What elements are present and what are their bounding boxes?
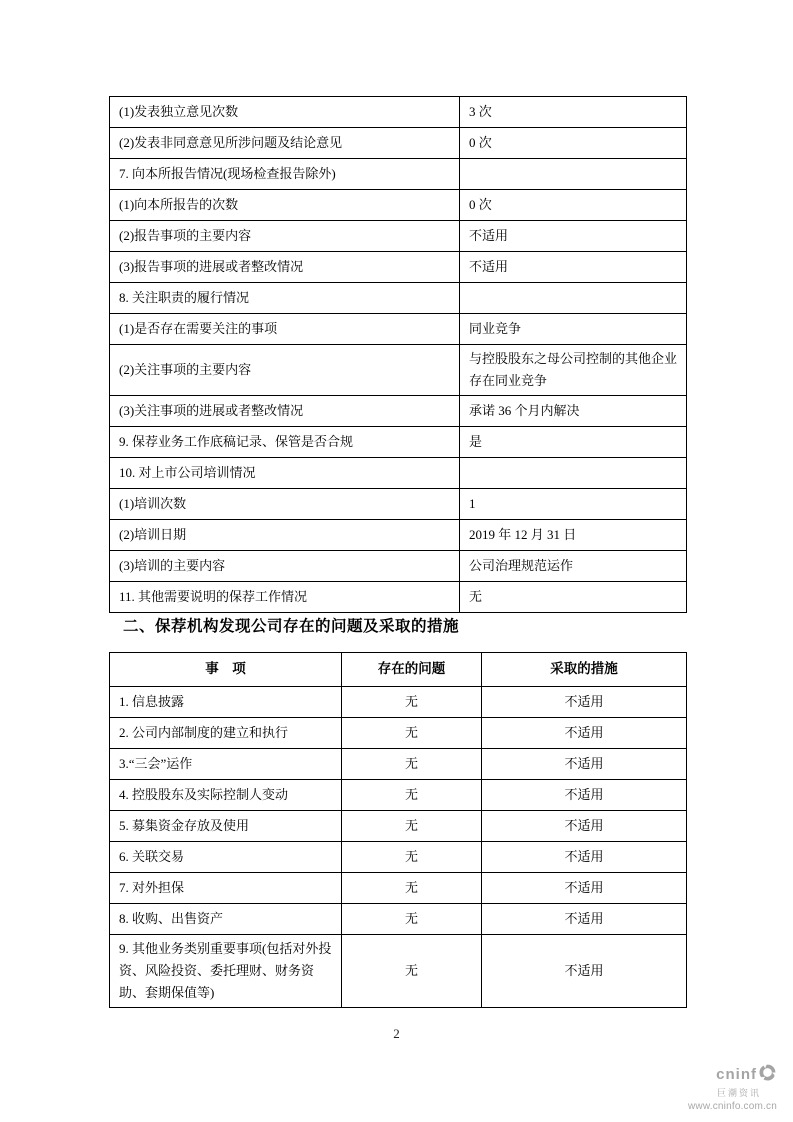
column-header-item: 事 项 — [110, 653, 342, 687]
row-problem: 无 — [342, 780, 482, 811]
page-number: 2 — [0, 1026, 793, 1042]
cninfo-brand-cn: 巨潮资讯 — [688, 1088, 761, 1098]
table-row: (3)报告事项的进展或者整改情况 不适用 — [110, 252, 687, 283]
row-value — [460, 458, 687, 489]
row-problem: 无 — [342, 811, 482, 842]
row-label: 7. 向本所报告情况(现场检查报告除外) — [110, 159, 460, 190]
row-label: 9. 保荐业务工作底稿记录、保管是否合规 — [110, 427, 460, 458]
table-row: (1)是否存在需要关注的事项 同业竞争 — [110, 314, 687, 345]
row-measure: 不适用 — [482, 749, 687, 780]
row-measure: 不适用 — [482, 718, 687, 749]
row-label: 11. 其他需要说明的保荐工作情况 — [110, 582, 460, 613]
row-problem: 无 — [342, 935, 482, 1008]
table-row: (1)发表独立意见次数 3 次 — [110, 97, 687, 128]
row-problem: 无 — [342, 718, 482, 749]
table-row: (1)培训次数 1 — [110, 489, 687, 520]
row-value: 不适用 — [460, 252, 687, 283]
row-measure: 不适用 — [482, 687, 687, 718]
row-problem: 无 — [342, 904, 482, 935]
row-value: 0 次 — [460, 128, 687, 159]
cninfo-swirl-icon — [758, 1063, 777, 1087]
row-item: 1. 信息披露 — [110, 687, 342, 718]
row-label: (2)发表非同意意见所涉问题及结论意见 — [110, 128, 460, 159]
table-row: (3)关注事项的进展或者整改情况 承诺 36 个月内解决 — [110, 396, 687, 427]
row-item: 4. 控股股东及实际控制人变动 — [110, 780, 342, 811]
table-row: 1. 信息披露 无 不适用 — [110, 687, 687, 718]
document-page: (1)发表独立意见次数 3 次 (2)发表非同意意见所涉问题及结论意见 0 次 … — [0, 0, 793, 1122]
row-value: 无 — [460, 582, 687, 613]
issues-measures-table: 事 项 存在的问题 采取的措施 1. 信息披露 无 不适用 2. 公司内部制度的… — [109, 652, 687, 1008]
row-item: 7. 对外担保 — [110, 873, 342, 904]
row-value: 0 次 — [460, 190, 687, 221]
row-problem: 无 — [342, 749, 482, 780]
row-measure: 不适用 — [482, 811, 687, 842]
row-value: 2019 年 12 月 31 日 — [460, 520, 687, 551]
table-row: (2)报告事项的主要内容 不适用 — [110, 221, 687, 252]
row-measure: 不适用 — [482, 780, 687, 811]
table-row: 4. 控股股东及实际控制人变动 无 不适用 — [110, 780, 687, 811]
row-item: 2. 公司内部制度的建立和执行 — [110, 718, 342, 749]
row-label: (3)培训的主要内容 — [110, 551, 460, 582]
row-value — [460, 159, 687, 190]
row-measure: 不适用 — [482, 842, 687, 873]
row-label: (2)关注事项的主要内容 — [110, 345, 460, 396]
column-header-measure: 采取的措施 — [482, 653, 687, 687]
row-value: 承诺 36 个月内解决 — [460, 396, 687, 427]
table-row: 6. 关联交易 无 不适用 — [110, 842, 687, 873]
sponsor-duty-table: (1)发表独立意见次数 3 次 (2)发表非同意意见所涉问题及结论意见 0 次 … — [109, 96, 687, 613]
row-label: (1)是否存在需要关注的事项 — [110, 314, 460, 345]
row-value: 同业竞争 — [460, 314, 687, 345]
table-header-row: 事 项 存在的问题 采取的措施 — [110, 653, 687, 687]
cninfo-brand-row: cninf — [688, 1063, 777, 1087]
row-value: 公司治理规范运作 — [460, 551, 687, 582]
row-value: 1 — [460, 489, 687, 520]
row-item: 6. 关联交易 — [110, 842, 342, 873]
table-row: 8. 收购、出售资产 无 不适用 — [110, 904, 687, 935]
row-value: 3 次 — [460, 97, 687, 128]
section-heading: 二、保荐机构发现公司存在的问题及采取的措施 — [123, 614, 459, 636]
table-row: (3)培训的主要内容 公司治理规范运作 — [110, 551, 687, 582]
row-measure: 不适用 — [482, 904, 687, 935]
row-label: (2)报告事项的主要内容 — [110, 221, 460, 252]
row-label: (1)培训次数 — [110, 489, 460, 520]
row-measure: 不适用 — [482, 873, 687, 904]
row-value: 不适用 — [460, 221, 687, 252]
cninfo-brand-text: cninf — [716, 1066, 757, 1083]
row-item: 3.“三会”运作 — [110, 749, 342, 780]
table-row: 2. 公司内部制度的建立和执行 无 不适用 — [110, 718, 687, 749]
row-label: (3)报告事项的进展或者整改情况 — [110, 252, 460, 283]
table-row: 3.“三会”运作 无 不适用 — [110, 749, 687, 780]
row-value: 是 — [460, 427, 687, 458]
row-label: (1)发表独立意见次数 — [110, 97, 460, 128]
cninfo-url: www.cninfo.com.cn — [688, 1101, 777, 1113]
table-row: 9. 保荐业务工作底稿记录、保管是否合规 是 — [110, 427, 687, 458]
row-problem: 无 — [342, 873, 482, 904]
table-row: 5. 募集资金存放及使用 无 不适用 — [110, 811, 687, 842]
row-label: (1)向本所报告的次数 — [110, 190, 460, 221]
row-item: 5. 募集资金存放及使用 — [110, 811, 342, 842]
column-header-problem: 存在的问题 — [342, 653, 482, 687]
row-label: 8. 关注职责的履行情况 — [110, 283, 460, 314]
row-measure: 不适用 — [482, 935, 687, 1008]
row-problem: 无 — [342, 687, 482, 718]
table-row: (2)关注事项的主要内容 与控股股东之母公司控制的其他企业存在同业竞争 — [110, 345, 687, 396]
table-row: 7. 向本所报告情况(现场检查报告除外) — [110, 159, 687, 190]
cninfo-logo: cninf 巨潮资讯 www.cninfo.com.cn — [688, 1063, 777, 1112]
table-row: (2)发表非同意意见所涉问题及结论意见 0 次 — [110, 128, 687, 159]
table-row: (1)向本所报告的次数 0 次 — [110, 190, 687, 221]
table-row: 9. 其他业务类别重要事项(包括对外投资、风险投资、委托理财、财务资助、套期保值… — [110, 935, 687, 1008]
row-problem: 无 — [342, 842, 482, 873]
table-row: 10. 对上市公司培训情况 — [110, 458, 687, 489]
row-value: 与控股股东之母公司控制的其他企业存在同业竞争 — [460, 345, 687, 396]
row-value — [460, 283, 687, 314]
row-item: 8. 收购、出售资产 — [110, 904, 342, 935]
row-label: 10. 对上市公司培训情况 — [110, 458, 460, 489]
table-row: 7. 对外担保 无 不适用 — [110, 873, 687, 904]
row-item: 9. 其他业务类别重要事项(包括对外投资、风险投资、委托理财、财务资助、套期保值… — [110, 935, 342, 1008]
table-row: 8. 关注职责的履行情况 — [110, 283, 687, 314]
row-label: (2)培训日期 — [110, 520, 460, 551]
table-row: (2)培训日期 2019 年 12 月 31 日 — [110, 520, 687, 551]
table-row: 11. 其他需要说明的保荐工作情况 无 — [110, 582, 687, 613]
row-label: (3)关注事项的进展或者整改情况 — [110, 396, 460, 427]
